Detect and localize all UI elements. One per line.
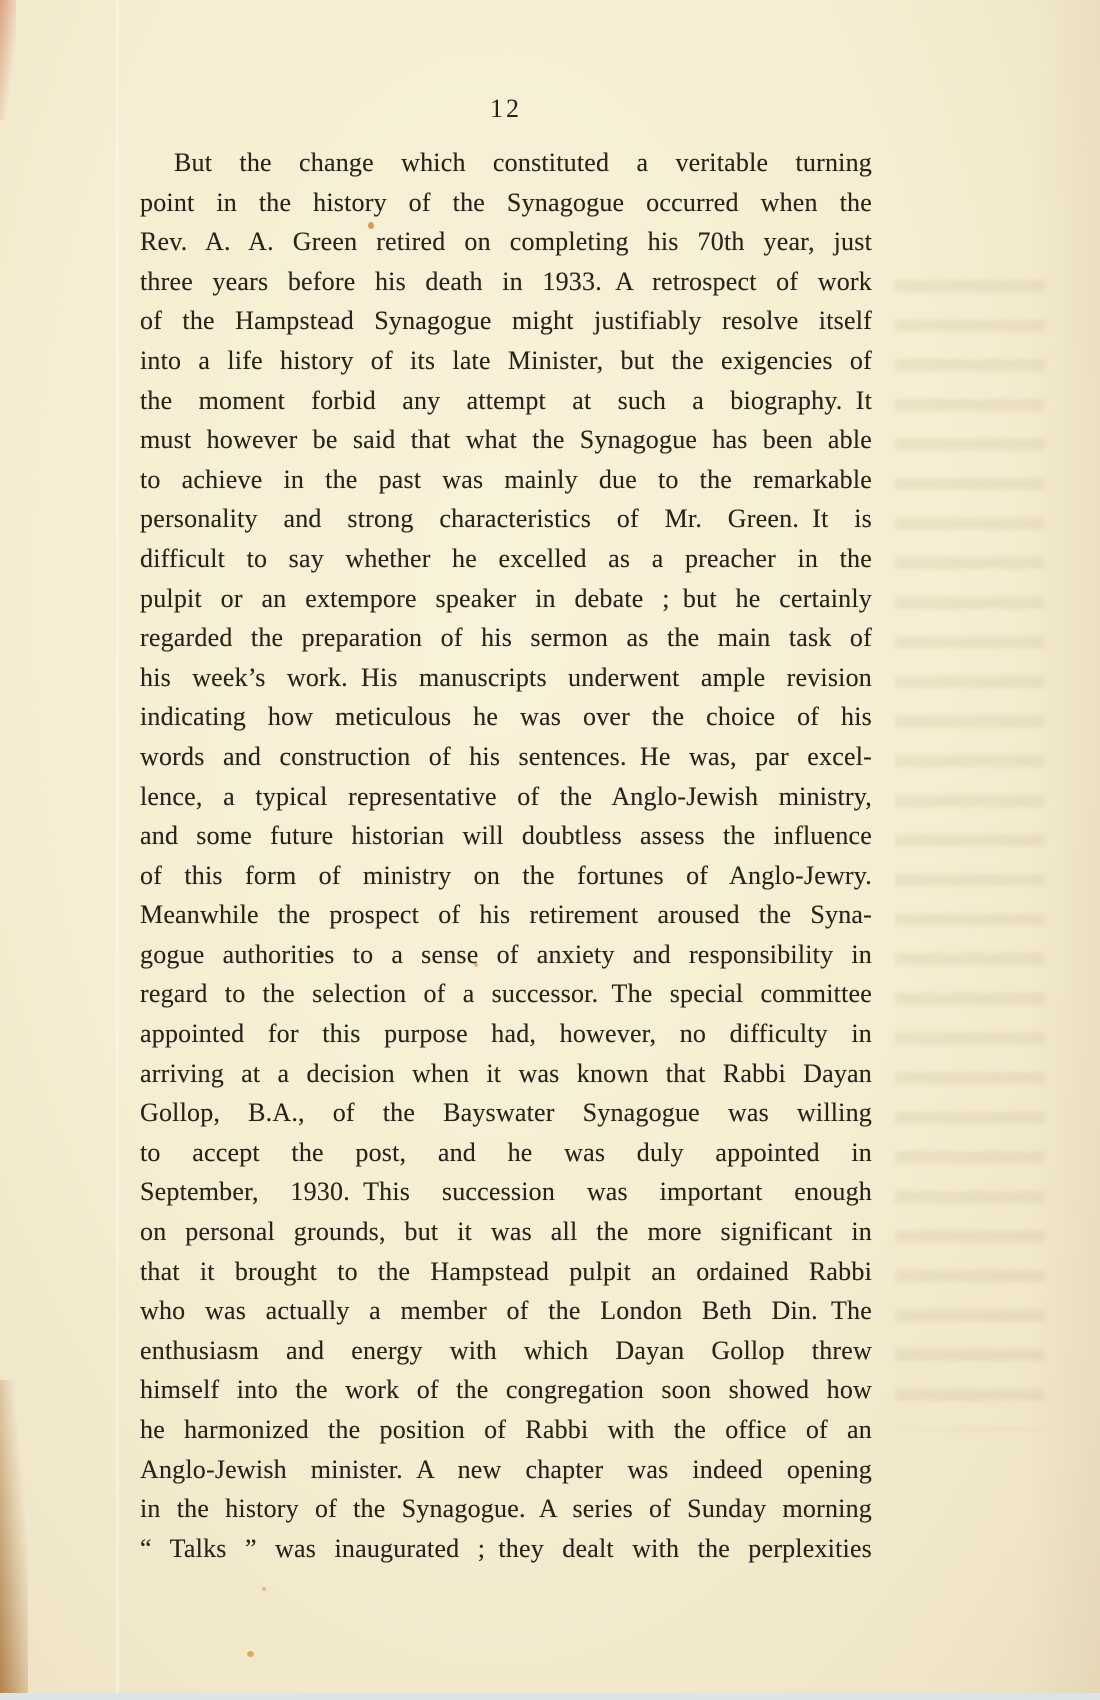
text-line: indicating how meticulous he was over th… bbox=[140, 697, 872, 737]
scan-edge-strip bbox=[0, 1693, 1100, 1700]
text-line: his week’s work. His manuscripts underwe… bbox=[140, 658, 872, 698]
text-line: Rev. A. A. Green retired on completing h… bbox=[140, 222, 872, 262]
text-line: September, 1930. This succession was imp… bbox=[140, 1172, 872, 1212]
text-line: point in the history of the Synagogue oc… bbox=[140, 183, 872, 223]
text-line: that it brought to the Hampstead pulpit … bbox=[140, 1252, 872, 1292]
text-line: “ Talks ” was inaugurated ; they dealt w… bbox=[140, 1529, 872, 1569]
text-line: and some future historian will doubtless… bbox=[140, 816, 872, 856]
text-line: pulpit or an extempore speaker in debate… bbox=[140, 579, 872, 619]
text-line: regard to the selection of a successor. … bbox=[140, 974, 872, 1014]
text-line: the moment forbid any attempt at such a … bbox=[140, 381, 872, 421]
text-line: arriving at a decision when it was known… bbox=[140, 1054, 872, 1094]
text-line: appointed for this purpose had, however,… bbox=[140, 1014, 872, 1054]
page-number: 12 bbox=[140, 94, 872, 124]
page-crease bbox=[116, 0, 119, 1700]
text-line: Anglo-Jewish minister. A new chapter was… bbox=[140, 1450, 872, 1490]
text-line: to achieve in the past was mainly due to… bbox=[140, 460, 872, 500]
text-line: enthusiasm and energy with which Dayan G… bbox=[140, 1331, 872, 1371]
text-line: must however be said that what the Synag… bbox=[140, 420, 872, 460]
text-line: in the history of the Synagogue. A serie… bbox=[140, 1489, 872, 1529]
text-line: But the change which constituted a verit… bbox=[140, 143, 872, 183]
text-line: he harmonized the position of Rabbi with… bbox=[140, 1410, 872, 1450]
text-line: personality and strong characteristics o… bbox=[140, 499, 872, 539]
body-text: But the change which constituted a verit… bbox=[140, 143, 872, 1568]
text-line: into a life history of its late Minister… bbox=[140, 341, 872, 381]
text-line: who was actually a member of the London … bbox=[140, 1291, 872, 1331]
text-line: himself into the work of the congregatio… bbox=[140, 1370, 872, 1410]
text-line: to accept the post, and he was duly appo… bbox=[140, 1133, 872, 1173]
foxing-speck bbox=[262, 1587, 266, 1591]
foxing-speck bbox=[247, 1651, 254, 1657]
text-line: gogue authorities to a sense of anxiety … bbox=[140, 935, 872, 975]
text-line: difficult to say whether he excelled as … bbox=[140, 539, 872, 579]
text-line: Gollop, B.A., of the Bayswater Synagogue… bbox=[140, 1093, 872, 1133]
show-through-text bbox=[895, 280, 1045, 1430]
book-page: 12 But the change which constituted a ve… bbox=[0, 0, 1100, 1700]
text-line: on personal grounds, but it was all the … bbox=[140, 1212, 872, 1252]
text-line: lence, a typical representative of the A… bbox=[140, 777, 872, 817]
book-edge-top-left bbox=[0, 0, 16, 120]
text-line: of the Hampstead Synagogue might justifi… bbox=[140, 301, 872, 341]
text-line: regarded the preparation of his sermon a… bbox=[140, 618, 872, 658]
text-line: words and construction of his sentences.… bbox=[140, 737, 872, 777]
text-line: Meanwhile the prospect of his retirement… bbox=[140, 895, 872, 935]
book-edge-bottom-left bbox=[0, 1380, 28, 1700]
text-line: of this form of ministry on the fortunes… bbox=[140, 856, 872, 896]
text-line: three years before his death in 1933. A … bbox=[140, 262, 872, 302]
